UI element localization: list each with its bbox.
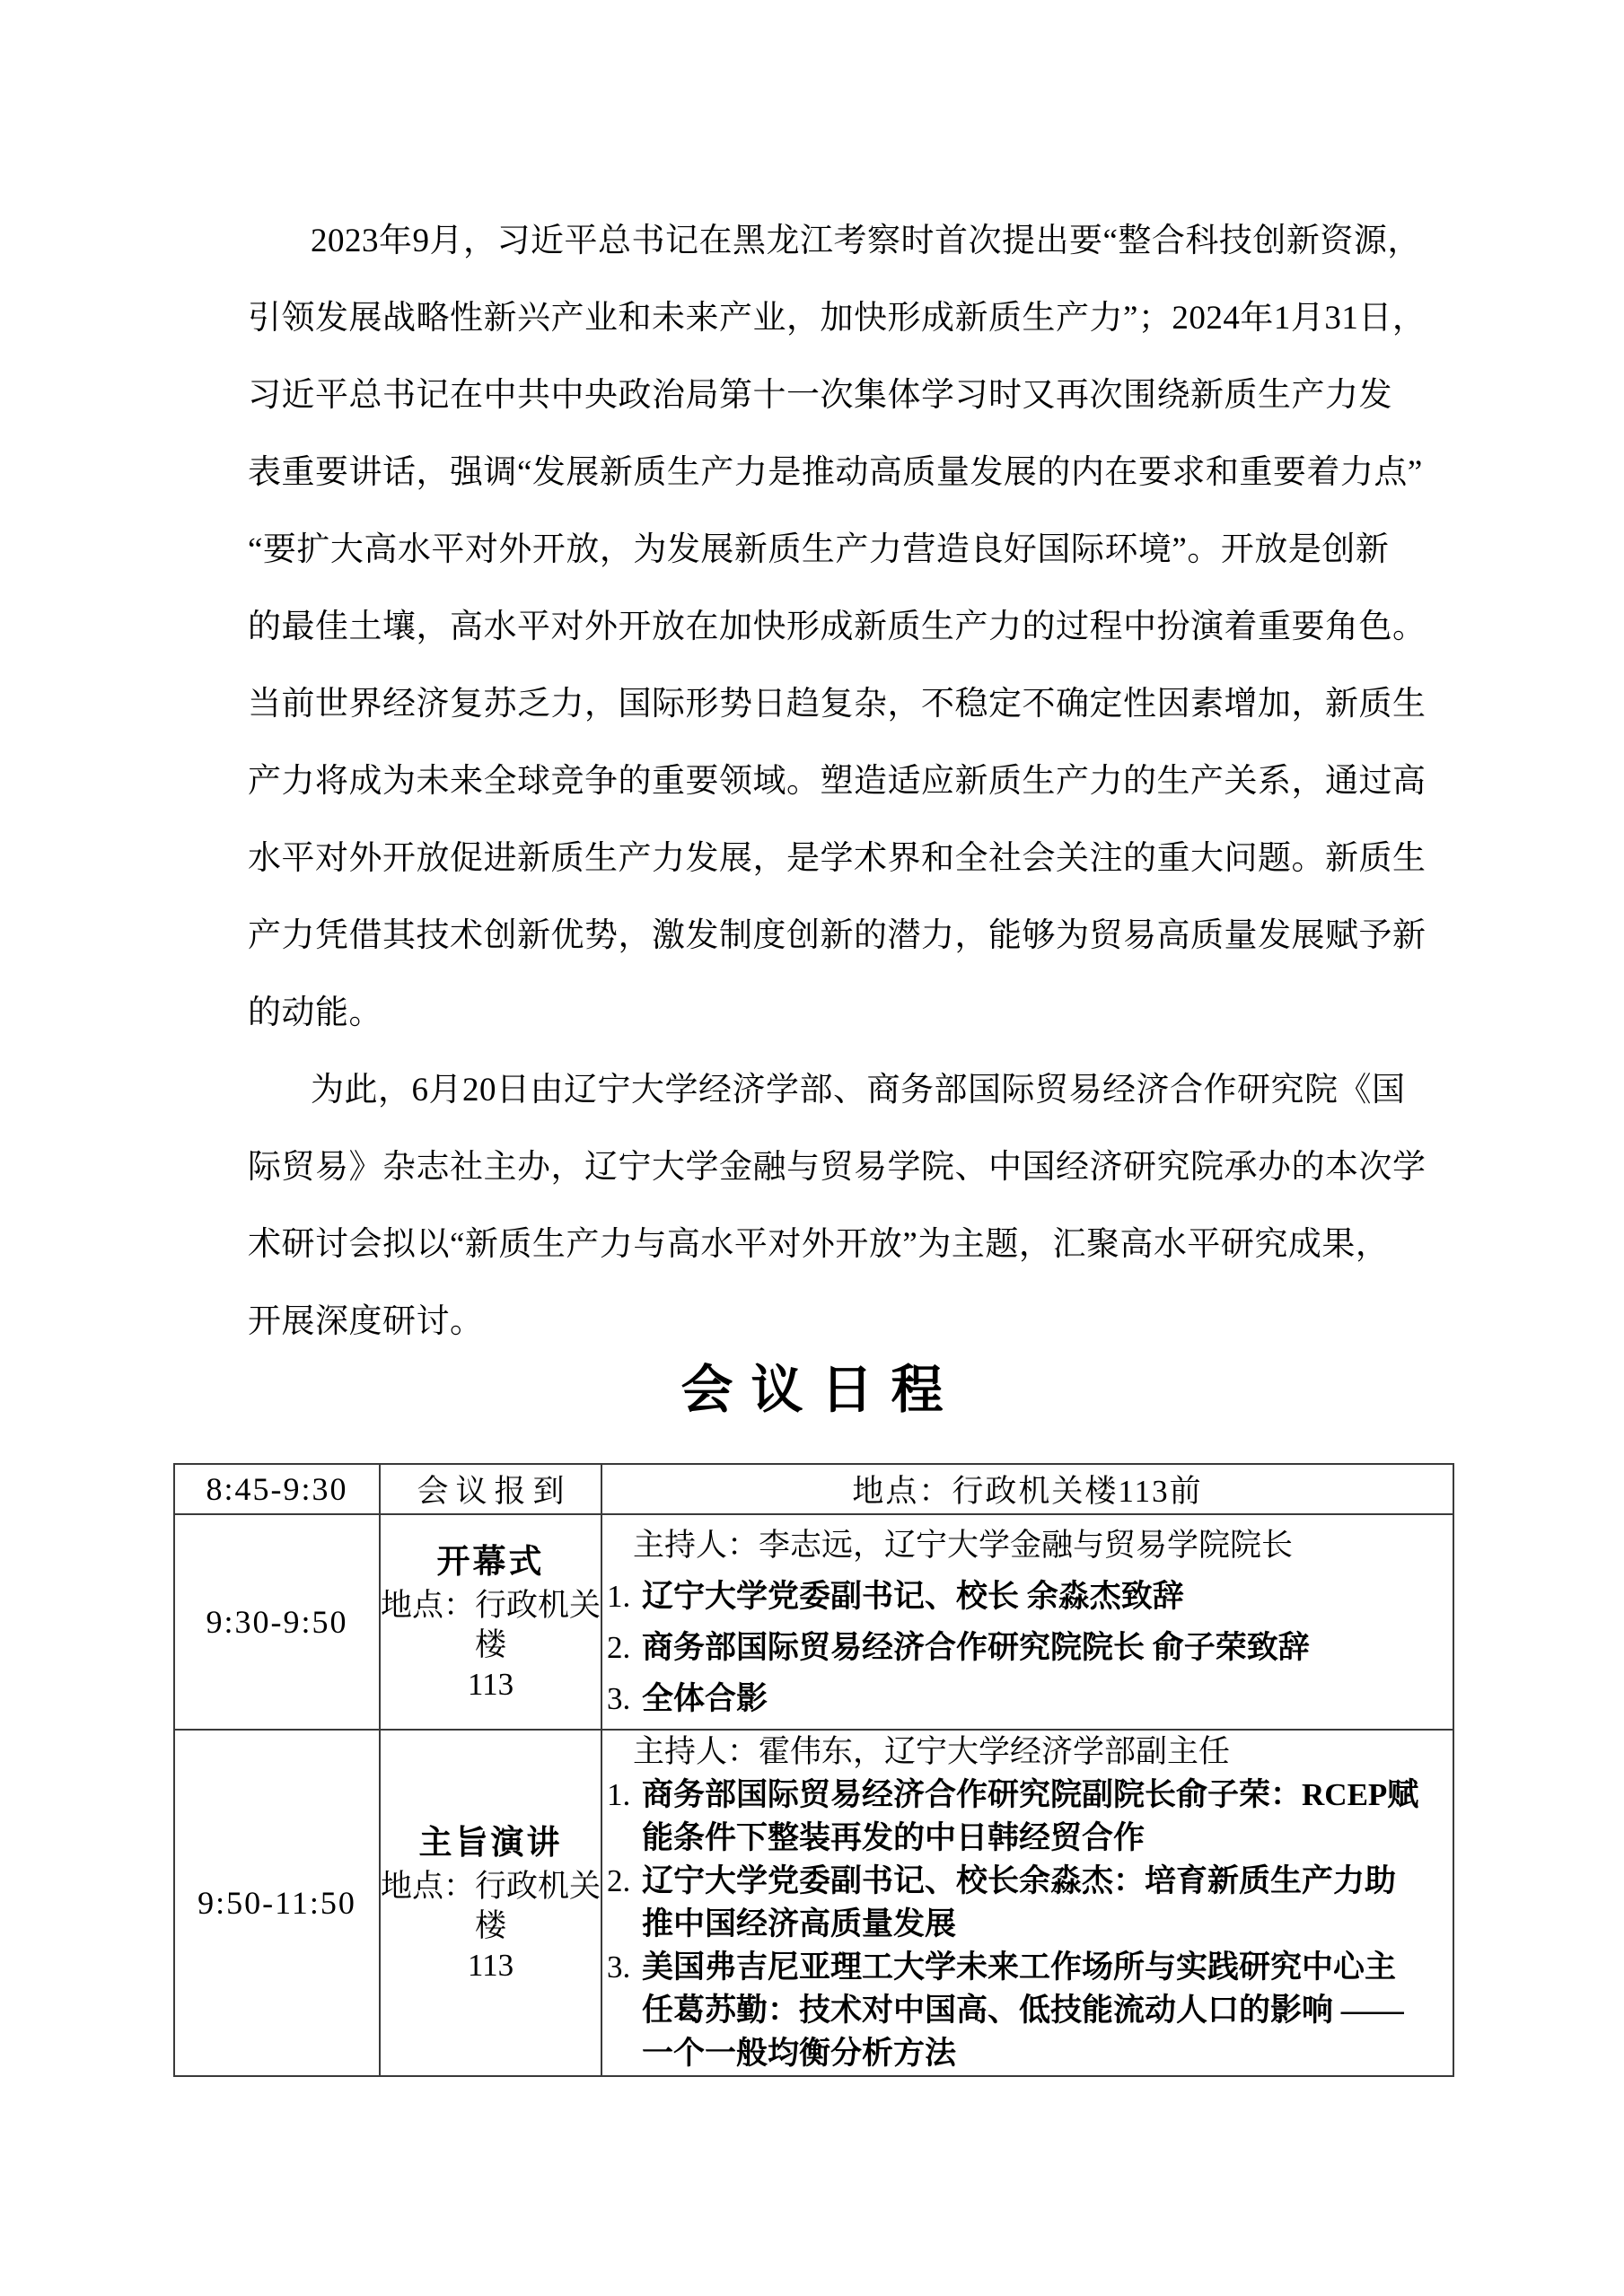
paragraph-line: 引领发展战略性新兴产业和未来产业，加快形成新质生产力”；2024年1月31日， [248,280,1406,357]
paragraph-line: 际贸易》杂志社主办，辽宁大学金融与贸易学院、中国经济研究院承办的本次学 [248,1129,1406,1206]
paragraph-line: 当前世界经济复苏乏力，国际形势日趋复杂，不稳定不确定性因素增加，新质生 [248,666,1406,743]
detail-cell: 主持人：李志远，辽宁大学金融与贸易学院院长 1. 辽宁大学党委副书记、校长 余淼… [601,1514,1453,1730]
agenda-item: 3. 美国弗吉尼亚理工大学未来工作场所与实践研究中心主 任葛苏勤：技术对中国高、… [602,1946,1453,2075]
item-line: 美国弗吉尼亚理工大学未来工作场所与实践研究中心主 [642,1946,1453,1989]
location-line: 楼 [381,1906,601,1946]
intro-paragraph-1: 2023年9月，习近平总书记在黑龙江考察时首次提出要“整合科技创新资源， 引领发… [248,203,1406,1052]
time-cell: 9:30-9:50 [174,1514,380,1730]
paragraph-line: 产力凭借其技术创新优势，激发制度创新的潜力，能够为贸易高质量发展赋予新 [248,898,1406,975]
item-line: 全体合影 [642,1673,1453,1724]
item-number: 3. [607,1673,630,1724]
location-line: 地点：行政机关 [381,1867,601,1906]
session-cell: 会议报到 [380,1464,601,1514]
paragraph-line: 表重要讲话，强调“发展新质生产力是推动高质量发展的内在要求和重要着力点” [248,434,1406,512]
item-line: 商务部国际贸易经济合作研究院院长 俞子荣致辞 [642,1622,1453,1673]
paragraph-line: 的动能。 [248,975,1406,1052]
location-line: 楼 [381,1626,601,1665]
agenda-item: 1. 辽宁大学党委副书记、校长 余淼杰致辞 [602,1571,1453,1622]
agenda-item: 1. 商务部国际贸易经济合作研究院副院长俞子荣：RCEP赋 能条件下整装再发的中… [602,1774,1453,1860]
agenda-title: 会议日程 [0,1351,1624,1430]
time-cell: 9:50-11:50 [174,1730,380,2076]
item-number: 1. [607,1774,630,1817]
session-cell: 开幕式 地点：行政机关 楼 113 [380,1514,601,1730]
paragraph-line: 水平对外开放促进新质生产力发展，是学术界和全社会关注的重大问题。新质生 [248,820,1406,898]
schedule-row-keynote: 9:50-11:50 主旨演讲 地点：行政机关 楼 113 主持人：霍伟东，辽宁… [174,1730,1453,2076]
paragraph-line: 的最佳土壤，高水平对外开放在加快形成新质生产力的过程中扮演着重要角色。 [248,589,1406,666]
paragraph-line: 产力将成为未来全球竞争的重要领域。塑造适应新质生产力的生产关系，通过高 [248,743,1406,820]
location-line: 113 [381,1665,601,1704]
location-line: 113 [381,1946,601,1985]
item-number: 2. [607,1622,630,1673]
paragraph-line: 术研讨会拟以“新质生产力与高水平对外开放”为主题，汇聚高水平研究成果， [248,1206,1406,1284]
location-line: 地点：行政机关 [381,1586,601,1626]
schedule-row-registration: 8:45-9:30 会议报到 地点：行政机关楼113前 [174,1464,1453,1514]
item-line: 商务部国际贸易经济合作研究院副院长俞子荣：RCEP赋 [642,1774,1453,1817]
host-line: 主持人：李志远，辽宁大学金融与贸易学院院长 [602,1520,1453,1571]
item-line: 能条件下整装再发的中日韩经贸合作 [642,1817,1453,1860]
agenda-item: 3. 全体合影 [602,1673,1453,1724]
item-line: 辽宁大学党委副书记、校长 余淼杰致辞 [642,1571,1453,1622]
item-number: 2. [607,1860,630,1903]
paragraph-line: 开展深度研讨。 [248,1284,1406,1361]
location-cell: 地点：行政机关楼113前 [601,1464,1453,1514]
document-page: { "intro": { "p1": [ "2023年9月，习近平总书记在黑龙江… [0,0,1624,2296]
item-line: 推中国经济高质量发展 [642,1903,1453,1946]
item-number: 3. [607,1946,630,1989]
paragraph-line: “要扩大高水平对外开放，为发展新质生产力营造良好国际环境”。开放是创新 [248,512,1406,589]
session-name: 开幕式 [381,1539,601,1586]
item-number: 1. [607,1571,630,1622]
session-name: 主旨演讲 [381,1820,601,1867]
agenda-item: 2. 商务部国际贸易经济合作研究院院长 俞子荣致辞 [602,1622,1453,1673]
session-cell: 主旨演讲 地点：行政机关 楼 113 [380,1730,601,2076]
host-line: 主持人：霍伟东，辽宁大学经济学部副主任 [602,1731,1453,1774]
intro-paragraph-2: 为此，6月20日由辽宁大学经济学部、商务部国际贸易经济合作研究院《国 际贸易》杂… [248,1052,1406,1361]
intro-text-block: 2023年9月，习近平总书记在黑龙江考察时首次提出要“整合科技创新资源， 引领发… [248,203,1406,1361]
item-line: 辽宁大学党委副书记、校长余淼杰：培育新质生产力助 [642,1860,1453,1903]
item-line: 一个一般均衡分析方法 [642,2032,1453,2075]
paragraph-line: 为此，6月20日由辽宁大学经济学部、商务部国际贸易经济合作研究院《国 [248,1052,1406,1129]
time-cell: 8:45-9:30 [174,1464,380,1514]
schedule-row-opening: 9:30-9:50 开幕式 地点：行政机关 楼 113 主持人：李志远，辽宁大学… [174,1514,1453,1730]
schedule-table: 8:45-9:30 会议报到 地点：行政机关楼113前 9:30-9:50 开幕… [173,1463,1454,2077]
item-line: 任葛苏勤：技术对中国高、低技能流动人口的影响 —— [642,1989,1453,2032]
detail-cell: 主持人：霍伟东，辽宁大学经济学部副主任 1. 商务部国际贸易经济合作研究院副院长… [601,1730,1453,2076]
agenda-item: 2. 辽宁大学党委副书记、校长余淼杰：培育新质生产力助 推中国经济高质量发展 [602,1860,1453,1946]
paragraph-line: 习近平总书记在中共中央政治局第十一次集体学习时又再次围绕新质生产力发 [248,357,1406,434]
paragraph-line: 2023年9月，习近平总书记在黑龙江考察时首次提出要“整合科技创新资源， [248,203,1406,280]
